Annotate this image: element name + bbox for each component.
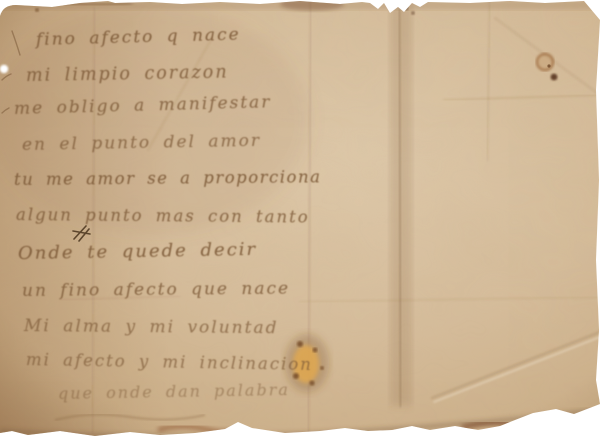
paper-grain <box>0 0 600 439</box>
punch-hole <box>0 65 8 73</box>
manuscript-photo: fino afecto q nace mi limpio corazon me … <box>0 0 600 439</box>
paper-scan-svg <box>0 0 600 439</box>
